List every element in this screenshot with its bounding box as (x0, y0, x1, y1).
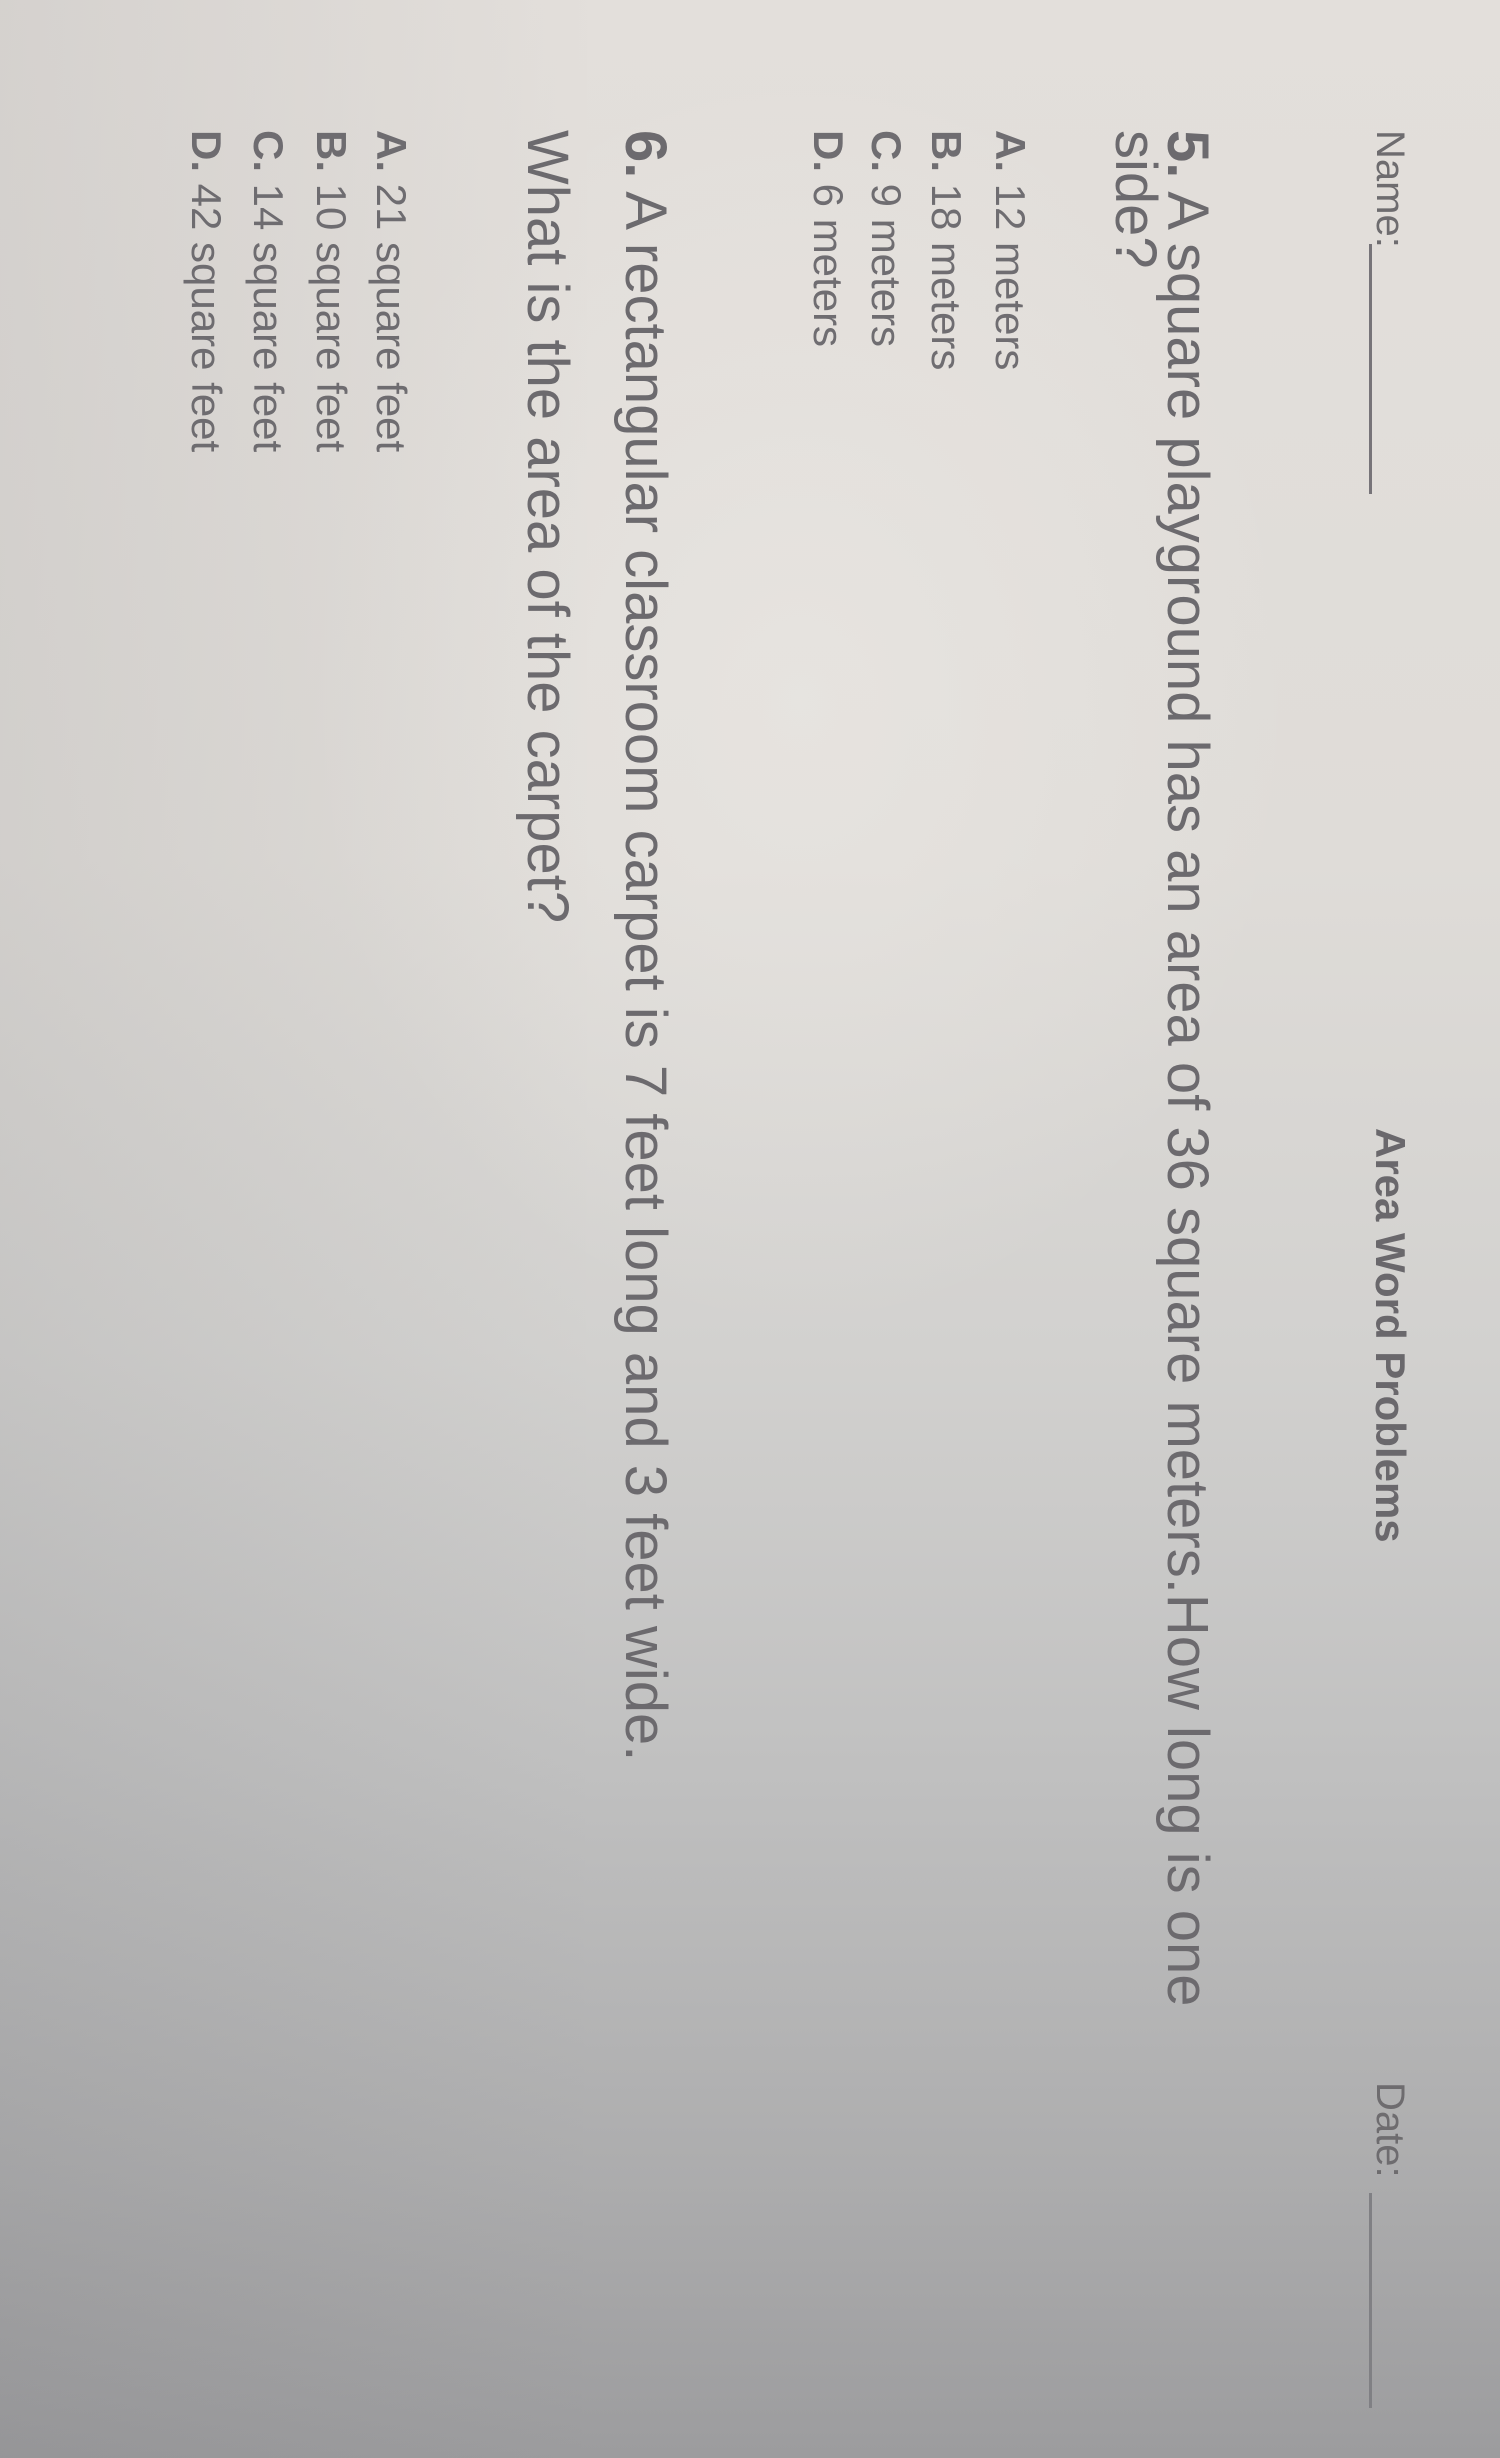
option-text: 14 square feet (245, 184, 292, 453)
option-text: 21 square feet (368, 184, 415, 453)
worksheet-title: Area Word Problems (1366, 1128, 1414, 1543)
question-6-text-line-2: What is the area of the carpet? (512, 130, 582, 923)
option-text: 6 meters (805, 184, 852, 347)
option-letter: B. (308, 130, 355, 172)
option-text: 10 square feet (308, 184, 355, 453)
question-6-option-c[interactable]: C. 14 square feet (244, 130, 292, 452)
question-5-stem-1: A square playground has an area of 36 sq… (1155, 191, 1220, 2006)
option-letter: A. (987, 130, 1034, 172)
option-text: 9 meters (863, 184, 910, 347)
question-6-option-d[interactable]: D. 42 square feet (182, 130, 230, 452)
question-5-option-c[interactable]: C. 9 meters (862, 130, 910, 347)
option-letter: C. (245, 130, 292, 172)
question-5-stem-2: side? (1103, 130, 1168, 269)
option-letter: D. (805, 130, 852, 172)
option-letter: A. (368, 130, 415, 172)
name-label: Name: (1367, 130, 1412, 248)
date-blank-line[interactable] (1369, 2193, 1372, 2408)
question-6-option-b[interactable]: B. 10 square feet (307, 130, 355, 452)
option-text: 42 square feet (183, 184, 230, 453)
question-6-stem-2: What is the area of the carpet? (515, 130, 580, 923)
question-6-option-a[interactable]: A. 21 square feet (367, 130, 415, 452)
option-text: 18 meters (923, 184, 970, 371)
question-5-option-a[interactable]: A. 12 meters (986, 130, 1034, 370)
option-text: 12 meters (987, 184, 1034, 371)
worksheet-page: Name: Area Word Problems Date: 5. A squa… (0, 0, 1500, 2458)
option-letter: D. (183, 130, 230, 172)
question-5-option-d[interactable]: D. 6 meters (804, 130, 852, 347)
question-6-number: 6. (613, 130, 678, 178)
name-blank-line[interactable] (1369, 244, 1372, 494)
option-letter: C. (863, 130, 910, 172)
date-label: Date: (1367, 2082, 1412, 2178)
question-6-stem-1: A rectangular classroom carpet is 7 feet… (613, 191, 678, 1761)
question-6-text-line-1: 6. A rectangular classroom carpet is 7 f… (610, 130, 680, 1761)
question-5-option-b[interactable]: B. 18 meters (922, 130, 970, 370)
question-5-text-line-2: side? (1100, 130, 1170, 269)
option-letter: B. (923, 130, 970, 172)
question-5-text-line-1: 5. A square playground has an area of 36… (1152, 130, 1222, 2007)
